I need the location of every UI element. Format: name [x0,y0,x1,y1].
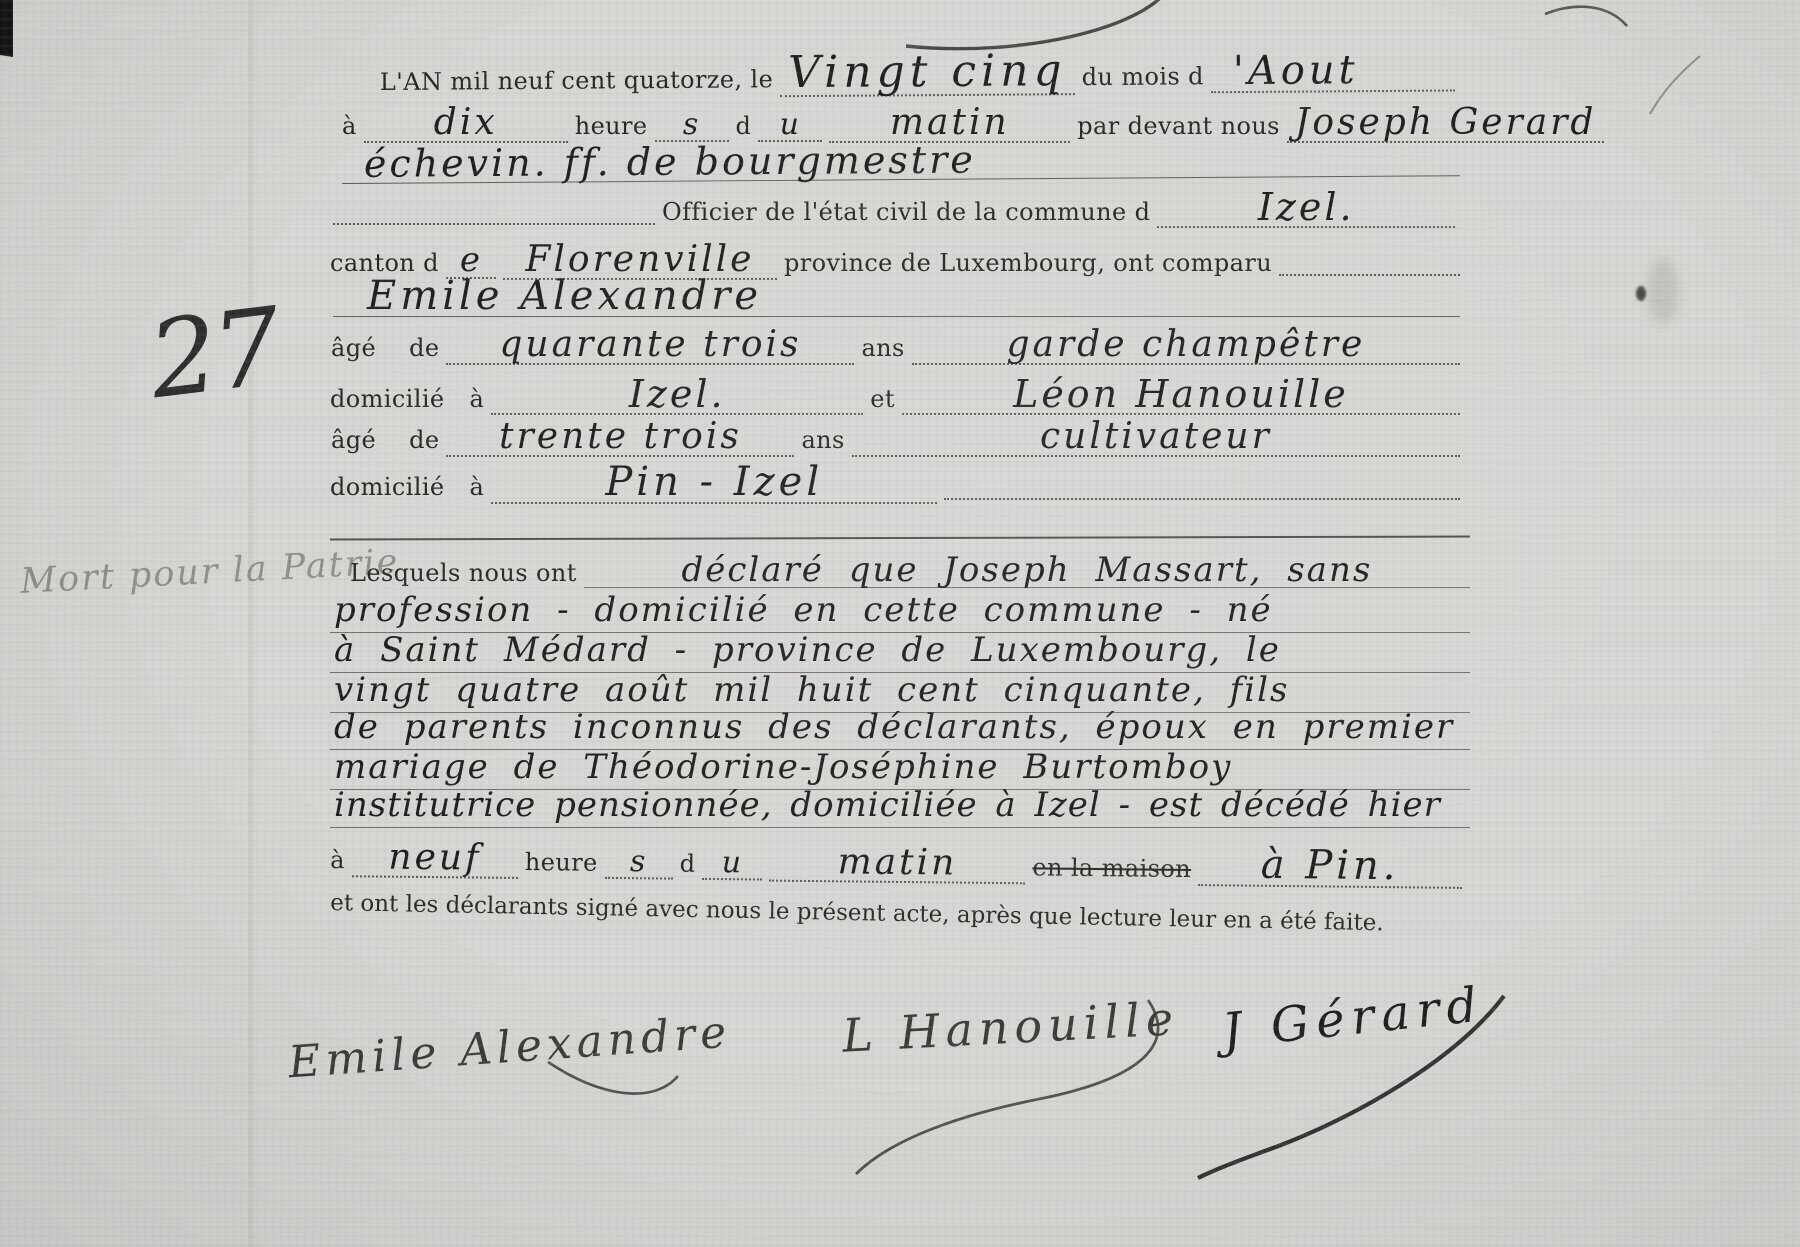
ink-smudge [1636,286,1646,301]
entry-death-period: matin [769,844,1025,885]
entry-month: 'Aout [1211,49,1455,93]
printed-ans: ans [801,428,844,452]
signature-j-gerard: J Gérard [1220,980,1486,1055]
printed-month-label: du mois d [1082,64,1204,89]
printed-a: à [470,475,485,499]
printed-d: d [680,852,696,876]
printed-heure: heure [525,850,598,875]
dotted-leader [333,207,655,225]
entry-declarant1-domicile: Izel. [491,375,863,415]
entry-declarant2-profession: cultivateur [852,419,1460,457]
entry-plural-s: s [605,847,673,880]
printed-at: à [342,114,357,138]
entry-declarant1-name: Emile Alexandre [333,276,1460,317]
declaration-line: à Saint Médard - province de Luxembourg,… [330,633,1470,673]
pen-flourish-top [906,0,1170,49]
entry-declaration-line-2: profession - domicilié en cette commune … [330,593,1470,633]
pen-flourish-top-right [1545,7,1627,26]
entry-declarant2-age: trente trois [446,419,794,457]
printed-before-us: par devant nous [1077,114,1280,138]
scan-corner-shadow [0,0,13,57]
form-line-year: L'AN mil neuf cent quatorze, le Vingt ci… [380,46,1455,100]
paper-smudge [1648,258,1678,324]
declaration-line: profession - domicilié en cette commune … [330,593,1470,633]
form-line-declarant2-domicile: domicilié à Pin - Izel [330,462,1460,504]
death-record-scan: 27 Mort pour la Patrie L'AN mil neuf cen… [0,0,1800,1247]
form-line-declarant1-domicile: domicilié à Izel. et Léon Hanouille [330,375,1460,415]
entry-commune: Izel. [1157,188,1455,228]
printed-en-la-maison-struck: en la maison [1032,855,1191,881]
act-number: 27 [143,285,284,423]
form-line-death-hour: à neuf heure s d u matin en la maison à … [330,835,1462,889]
entry-plural-s: s [655,110,729,142]
paper-crease [248,0,254,1247]
form-line-declarant1-name: Emile Alexandre [333,276,1460,317]
signature-l-hanouille: L Hanouille [841,995,1180,1059]
entry-day: Vingt cinq [780,49,1075,97]
section-divider-rule [330,536,1470,541]
entry-declaration-line-7: institutrice pensionnée, domiciliée à Iz… [330,788,1470,828]
printed-lesquels: Lesquels nous ont [350,561,577,585]
signature-emile-alexandre: Emile Alexandre [287,1011,733,1086]
printed-domicilie: domicilié [330,475,445,499]
printed-canton: canton d [330,251,439,275]
entry-article-u: u [758,110,822,142]
pen-stroke-right-edge [1650,56,1700,114]
printed-province: province de Luxembourg, ont comparu [784,251,1272,275]
entry-declarant1-profession: garde champêtre [912,327,1460,365]
entry-declarant2-domicile: Pin - Izel [491,462,937,504]
printed-de: de [409,336,439,360]
printed-ans: ans [861,336,904,360]
entry-declarant2-name: Léon Hanouille [902,375,1460,415]
entry-death-place: à Pin. [1198,844,1462,889]
entry-officer-title: échevin. ff. de bourgmestre [342,137,1460,184]
printed-heure: heure [575,114,648,138]
declaration-line: mariage de Théodorine-Joséphine Burtombo… [330,750,1470,790]
entry-declaration-line-5: de parents inconnus des déclarants, épou… [330,710,1470,750]
printed-closing: et ont les déclarants signé avec nous le… [330,892,1384,935]
form-line-commune: Officier de l'état civil de la commune d… [333,188,1455,228]
printed-d: d [736,114,752,138]
form-line-declarant1-age: âgé de quarante trois ans garde champêtr… [331,327,1460,365]
form-line-officer-title: échevin. ff. de bourgmestre [342,137,1460,184]
declaration-line: institutrice pensionnée, domiciliée à Iz… [330,788,1470,828]
dotted-leader [1279,258,1460,276]
entry-declaration-line-3: à Saint Médard - province de Luxembourg,… [330,633,1470,673]
printed-age: âgé [331,336,376,360]
printed-domicilie: domicilié [330,387,445,411]
printed-at: à [330,848,345,872]
entry-declaration-line-6: mariage de Théodorine-Joséphine Burtombo… [330,750,1470,790]
entry-declaration-line-1: déclaré que Joseph Massart, sans [584,553,1470,588]
entry-article-u: u [702,848,762,881]
entry-hour: dix [364,105,568,143]
printed-de: de [409,428,439,452]
form-line-declarant2-age: âgé de trente trois ans cultivateur [331,419,1460,457]
entry-death-hour: neuf [352,839,518,879]
form-closing-sentence: et ont les déclarants signé avec nous le… [330,892,1384,935]
form-line-declaration-intro: Lesquels nous ont déclaré que Joseph Mas… [350,553,1470,588]
printed-officier-civil: Officier de l'état civil de la commune d [662,200,1150,224]
declaration-line: de parents inconnus des déclarants, épou… [330,710,1470,750]
printed-et: et [870,387,895,411]
printed-year-label: L'AN mil neuf cent quatorze, le [380,67,773,94]
printed-age: âgé [331,428,376,452]
entry-declarant1-age: quarante trois [446,327,854,365]
printed-a: à [470,387,485,411]
dotted-leader [944,482,1460,500]
